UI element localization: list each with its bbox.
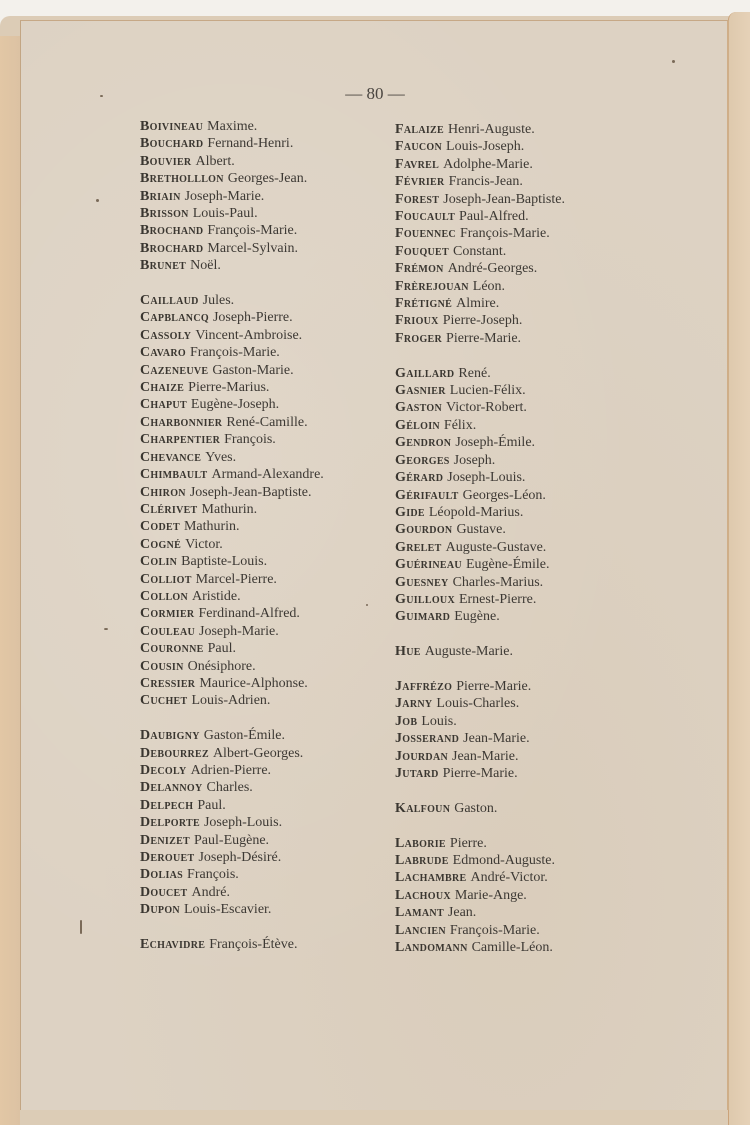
name-entry: FoucaultPaul-Alfred. [395, 208, 565, 225]
given-names: Pierre. [450, 836, 487, 851]
given-names: Louis-Escavier. [184, 902, 271, 917]
given-names: François. [187, 867, 239, 882]
given-names: Louis. [421, 714, 456, 729]
name-entry: JutardPierre-Marie. [395, 765, 565, 782]
name-entry: GasnierLucien-Félix. [395, 382, 565, 399]
name-entry: GuesneyCharles-Marius. [395, 574, 565, 591]
given-names: Ferdinand-Alfred. [198, 606, 299, 621]
name-entry: CollonAristide. [140, 588, 324, 605]
surname: Dupon [140, 902, 180, 917]
surname: Cressier [140, 676, 195, 691]
given-names: Paul. [197, 798, 225, 813]
given-names: Eugène. [454, 609, 499, 624]
surname: Jutard [395, 766, 439, 781]
surname: Charpentier [140, 432, 220, 447]
surname: Frémon [395, 261, 444, 276]
given-names: Eugène-Émile. [466, 557, 550, 572]
surname: Decoly [140, 763, 187, 778]
name-entry: FauconLouis-Joseph. [395, 138, 565, 155]
name-entry: GreletAuguste-Gustave. [395, 539, 565, 556]
surname: Echavidre [140, 937, 205, 952]
name-entry: JaffrézoPierre-Marie. [395, 678, 565, 695]
name-entry: CapblancqJoseph-Pierre. [140, 309, 324, 326]
given-names: Lucien-Félix. [450, 383, 526, 398]
given-names: Pierre-Marie. [456, 679, 531, 694]
given-names: René-Camille. [226, 415, 307, 430]
given-names: Joseph-Louis. [204, 815, 282, 830]
name-entry: GuillouxErnest-Pierre. [395, 591, 565, 608]
surname: Lancien [395, 923, 446, 938]
surname: Faucon [395, 139, 442, 154]
name-entry: GérardJoseph-Louis. [395, 469, 565, 486]
name-entry: JarnyLouis-Charles. [395, 695, 565, 712]
surname: Bretholllon [140, 171, 224, 186]
surname: Jourdan [395, 749, 448, 764]
name-entry: GendronJoseph-Émile. [395, 434, 565, 451]
surname: Collon [140, 589, 188, 604]
given-names: Adolphe-Marie. [443, 157, 533, 172]
given-names: Auguste-Marie. [425, 644, 513, 659]
paper-speck [104, 628, 108, 630]
given-names: Gaston. [454, 801, 497, 816]
name-entry: FrémonAndré-Georges. [395, 260, 565, 277]
name-entry: DerouetJoseph-Désiré. [140, 849, 324, 866]
surname: Codet [140, 519, 180, 534]
left-page-edge [0, 36, 20, 1125]
surname: Labrude [395, 853, 449, 868]
name-entry: DelporteJoseph-Louis. [140, 814, 324, 831]
name-entry: JourdanJean-Marie. [395, 748, 565, 765]
given-names: Marcel-Sylvain. [207, 241, 298, 256]
paper-speck [100, 95, 103, 97]
name-entry: CharbonnierRené-Camille. [140, 414, 324, 431]
name-group-l: LaboriePierre.LabrudeEdmond-Auguste.Lach… [395, 835, 565, 957]
name-entry: DoucetAndré. [140, 884, 324, 901]
name-entry: BrochandFrançois-Marie. [140, 222, 324, 239]
name-entry: FrétignéAlmire. [395, 295, 565, 312]
given-names: Louis-Charles. [436, 696, 519, 711]
surname: Guérineau [395, 557, 462, 572]
surname: Denizet [140, 833, 190, 848]
surname: Couleau [140, 624, 195, 639]
surname: Cogné [140, 537, 181, 552]
name-entry: GuimardEugène. [395, 608, 565, 625]
name-entry: CouronnePaul. [140, 640, 324, 657]
given-names: François-Marie. [460, 226, 550, 241]
name-entry: GérifaultGeorges-Léon. [395, 487, 565, 504]
name-entry: CazeneuveGaston-Marie. [140, 362, 324, 379]
surname: Grelet [395, 540, 442, 555]
given-names: Camille-Léon. [472, 940, 553, 955]
given-names: Jean-Marie. [452, 749, 518, 764]
left-column: BoivineauMaxime.BouchardFernand-Henri.Bo… [140, 118, 324, 953]
surname: Lachambre [395, 870, 466, 885]
name-entry: JobLouis. [395, 713, 565, 730]
given-names: Jules. [203, 293, 235, 308]
surname: Briain [140, 189, 181, 204]
surname: Bouchard [140, 136, 203, 151]
name-entry: GourdonGustave. [395, 521, 565, 538]
name-group-e: EchavidreFrançois-Étève. [140, 936, 324, 953]
surname: Gérard [395, 470, 443, 485]
surname: Lachoux [395, 888, 451, 903]
name-entry: FrèrejouanLéon. [395, 278, 565, 295]
surname: Derouet [140, 850, 194, 865]
surname: Doucet [140, 885, 187, 900]
surname: Hue [395, 644, 421, 659]
surname: Frétigné [395, 296, 452, 311]
name-group-h: HueAuguste-Marie. [395, 643, 565, 660]
name-entry: FrogerPierre-Marie. [395, 330, 565, 347]
surname: Chiron [140, 485, 186, 500]
surname: Brisson [140, 206, 189, 221]
name-entry: ClérivetMathurin. [140, 501, 324, 518]
name-entry: GéloinFélix. [395, 417, 565, 434]
given-names: Paul-Eugène. [194, 833, 269, 848]
given-names: Léopold-Marius. [429, 505, 523, 520]
given-names: Jean-Marie. [463, 731, 529, 746]
paper-speck [366, 604, 368, 606]
name-entry: LancienFrançois-Marie. [395, 922, 565, 939]
surname: Delporte [140, 815, 200, 830]
given-names: Onésiphore. [188, 659, 256, 674]
name-entry: GeorgesJoseph. [395, 452, 565, 469]
name-entry: DelpechPaul. [140, 797, 324, 814]
paper-speck [80, 920, 82, 934]
given-names: Louis-Paul. [193, 206, 258, 221]
scanned-page: — 80 — BoivineauMaxime.BouchardFernand-H… [0, 0, 750, 1125]
surname: Chaize [140, 380, 184, 395]
name-entry: CousinOnésiphore. [140, 658, 324, 675]
name-entry: BrochardMarcel-Sylvain. [140, 240, 324, 257]
given-names: Yves. [205, 450, 236, 465]
surname: Cavaro [140, 345, 186, 360]
given-names: René. [458, 366, 490, 381]
name-entry: DenizetPaul-Eugène. [140, 832, 324, 849]
name-entry: GuérineauEugène-Émile. [395, 556, 565, 573]
name-entry: BouvierAlbert. [140, 153, 324, 170]
given-names: François-Marie. [450, 923, 540, 938]
name-entry: CaillaudJules. [140, 292, 324, 309]
name-entry: CressierMaurice-Alphonse. [140, 675, 324, 692]
name-entry: CharpentierFrançois. [140, 431, 324, 448]
name-entry: DebourrezAlbert-Georges. [140, 745, 324, 762]
name-entry: ChimbaultArmand-Alexandre. [140, 466, 324, 483]
given-names: François-Marie. [207, 223, 297, 238]
surname: Jarny [395, 696, 432, 711]
name-entry: ChevanceYves. [140, 449, 324, 466]
given-names: Joseph-Marie. [199, 624, 279, 639]
given-names: Edmond-Auguste. [453, 853, 555, 868]
given-names: Joseph-Pierre. [213, 310, 293, 325]
name-entry: DecolyAdrien-Pierre. [140, 762, 324, 779]
surname: Gaillard [395, 366, 454, 381]
given-names: Noël. [190, 258, 221, 273]
name-entry: BrunetNoël. [140, 257, 324, 274]
given-names: Joseph-Marie. [185, 189, 265, 204]
given-names: Gustave. [456, 522, 505, 537]
surname: Jaffrézo [395, 679, 452, 694]
name-entry: ChironJoseph-Jean-Baptiste. [140, 484, 324, 501]
surname: Gendron [395, 435, 451, 450]
given-names: Joseph-Désiré. [198, 850, 281, 865]
name-entry: BriainJoseph-Marie. [140, 188, 324, 205]
surname: Kalfoun [395, 801, 450, 816]
surname: Charbonnier [140, 415, 222, 430]
given-names: Louis-Adrien. [191, 693, 270, 708]
surname: Clérivet [140, 502, 198, 517]
name-group-g: GaillardRené.GasnierLucien-Félix.GastonV… [395, 365, 565, 626]
given-names: Mathurin. [202, 502, 258, 517]
given-names: Georges-Jean. [228, 171, 307, 186]
surname: Colin [140, 554, 177, 569]
given-names: François-Étève. [209, 937, 297, 952]
given-names: Joseph-Émile. [455, 435, 535, 450]
surname: Dolias [140, 867, 183, 882]
surname: Guilloux [395, 592, 455, 607]
given-names: Eugène-Joseph. [191, 397, 279, 412]
name-entry: FouennecFrançois-Marie. [395, 225, 565, 242]
surname: Froger [395, 331, 442, 346]
given-names: Pierre-Marie. [446, 331, 521, 346]
given-names: Pierre-Joseph. [443, 313, 523, 328]
surname: Josserand [395, 731, 459, 746]
name-entry: BouchardFernand-Henri. [140, 135, 324, 152]
paper-speck [96, 199, 99, 202]
surname: Chevance [140, 450, 201, 465]
surname: Guesney [395, 575, 449, 590]
surname: Gérifault [395, 488, 459, 503]
name-group-b: BoivineauMaxime.BouchardFernand-Henri.Bo… [140, 118, 324, 275]
surname: Foucault [395, 209, 455, 224]
name-entry: GaillardRené. [395, 365, 565, 382]
name-entry: CavaroFrançois-Marie. [140, 344, 324, 361]
surname: Brunet [140, 258, 186, 273]
given-names: Almire. [456, 296, 499, 311]
right-page-edge [728, 12, 750, 1125]
surname: Delannoy [140, 780, 203, 795]
given-names: Baptiste-Louis. [181, 554, 267, 569]
given-names: Charles. [207, 780, 253, 795]
name-entry: FévrierFrancis-Jean. [395, 173, 565, 190]
surname: Frioux [395, 313, 439, 328]
surname: Capblancq [140, 310, 209, 325]
surname: Cuchet [140, 693, 187, 708]
surname: Brochand [140, 223, 203, 238]
given-names: Joseph. [454, 453, 496, 468]
name-entry: ChaputEugène-Joseph. [140, 396, 324, 413]
name-entry: FalaizeHenri-Auguste. [395, 121, 565, 138]
name-entry: CognéVictor. [140, 536, 324, 553]
given-names: François. [224, 432, 276, 447]
name-entry: HueAuguste-Marie. [395, 643, 565, 660]
given-names: Fernand-Henri. [207, 136, 293, 151]
surname: Caillaud [140, 293, 199, 308]
name-entry: LamantJean. [395, 904, 565, 921]
given-names: Joseph-Louis. [447, 470, 525, 485]
surname: Géloin [395, 418, 440, 433]
surname: Boivineau [140, 119, 203, 134]
surname: Georges [395, 453, 450, 468]
given-names: Pierre-Marie. [443, 766, 518, 781]
given-names: Albert. [195, 154, 234, 169]
given-names: Maxime. [207, 119, 257, 134]
given-names: Jean. [448, 905, 476, 920]
given-names: André-Georges. [448, 261, 538, 276]
name-entry: KalfounGaston. [395, 800, 565, 817]
given-names: Adrien-Pierre. [191, 763, 271, 778]
surname: Février [395, 174, 445, 189]
name-entry: DaubignyGaston-Émile. [140, 727, 324, 744]
given-names: Vincent-Ambroise. [195, 328, 302, 343]
name-entry: CormierFerdinand-Alfred. [140, 605, 324, 622]
given-names: François-Marie. [190, 345, 280, 360]
given-names: Charles-Marius. [453, 575, 544, 590]
name-entry: CouleauJoseph-Marie. [140, 623, 324, 640]
given-names: André. [191, 885, 230, 900]
surname: Gaston [395, 400, 442, 415]
name-entry: CassolyVincent-Ambroise. [140, 327, 324, 344]
given-names: Victor. [185, 537, 223, 552]
given-names: Louis-Joseph. [446, 139, 524, 154]
name-entry: DuponLouis-Escavier. [140, 901, 324, 918]
name-entry: CodetMathurin. [140, 518, 324, 535]
given-names: Gaston-Marie. [212, 363, 293, 378]
surname: Cormier [140, 606, 194, 621]
name-group-c: CaillaudJules.CapblancqJoseph-Pierre.Cas… [140, 292, 324, 710]
name-group-j: JaffrézoPierre-Marie.JarnyLouis-Charles.… [395, 678, 565, 782]
surname: Debourrez [140, 746, 209, 761]
surname: Cousin [140, 659, 184, 674]
surname: Colliot [140, 572, 192, 587]
given-names: Pierre-Marius. [188, 380, 269, 395]
surname: Laborie [395, 836, 446, 851]
given-names: Constant. [453, 244, 506, 259]
surname: Chaput [140, 397, 187, 412]
given-names: Georges-Léon. [463, 488, 546, 503]
surname: Cazeneuve [140, 363, 208, 378]
surname: Falaize [395, 122, 444, 137]
name-entry: CuchetLouis-Adrien. [140, 692, 324, 709]
paper-speck [672, 60, 675, 63]
given-names: Albert-Georges. [213, 746, 303, 761]
surname: Job [395, 714, 417, 729]
given-names: Ernest-Pierre. [459, 592, 536, 607]
given-names: Victor-Robert. [446, 400, 527, 415]
given-names: Auguste-Gustave. [446, 540, 547, 555]
given-names: Marcel-Pierre. [196, 572, 277, 587]
name-entry: FouquetConstant. [395, 243, 565, 260]
surname: Landomann [395, 940, 468, 955]
name-entry: JosserandJean-Marie. [395, 730, 565, 747]
surname: Brochard [140, 241, 203, 256]
name-entry: LachouxMarie-Ange. [395, 887, 565, 904]
given-names: Armand-Alexandre. [211, 467, 323, 482]
name-entry: ForestJoseph-Jean-Baptiste. [395, 191, 565, 208]
name-entry: BoivineauMaxime. [140, 118, 324, 135]
surname: Lamant [395, 905, 444, 920]
given-names: Gaston-Émile. [204, 728, 285, 743]
name-entry: GastonVictor-Robert. [395, 399, 565, 416]
given-names: Henri-Auguste. [448, 122, 535, 137]
name-group-k: KalfounGaston. [395, 800, 565, 817]
surname: Chimbault [140, 467, 207, 482]
surname: Favrel [395, 157, 439, 172]
name-entry: LabrudeEdmond-Auguste. [395, 852, 565, 869]
surname: Fouquet [395, 244, 449, 259]
name-entry: FriouxPierre-Joseph. [395, 312, 565, 329]
name-entry: ChaizePierre-Marius. [140, 379, 324, 396]
surname: Fouennec [395, 226, 456, 241]
surname: Couronne [140, 641, 204, 656]
given-names: Marie-Ange. [455, 888, 527, 903]
surname: Gourdon [395, 522, 452, 537]
given-names: Léon. [473, 279, 505, 294]
surname: Forest [395, 192, 439, 207]
name-group-d: DaubignyGaston-Émile.DebourrezAlbert-Geo… [140, 727, 324, 918]
given-names: André-Victor. [470, 870, 547, 885]
name-entry: BrissonLouis-Paul. [140, 205, 324, 222]
given-names: Aristide. [192, 589, 241, 604]
surname: Gide [395, 505, 425, 520]
given-names: Mathurin. [184, 519, 240, 534]
given-names: Francis-Jean. [449, 174, 523, 189]
given-names: Maurice-Alphonse. [199, 676, 307, 691]
given-names: Joseph-Jean-Baptiste. [190, 485, 312, 500]
given-names: Joseph-Jean-Baptiste. [443, 192, 565, 207]
surname: Delpech [140, 798, 193, 813]
surname: Bouvier [140, 154, 191, 169]
surname: Daubigny [140, 728, 200, 743]
name-entry: FavrelAdolphe-Marie. [395, 156, 565, 173]
name-entry: BretholllonGeorges-Jean. [140, 170, 324, 187]
name-entry: DoliasFrançois. [140, 866, 324, 883]
name-entry: ColinBaptiste-Louis. [140, 553, 324, 570]
right-column: FalaizeHenri-Auguste.FauconLouis-Joseph.… [395, 121, 565, 956]
name-entry: GideLéopold-Marius. [395, 504, 565, 521]
given-names: Paul-Alfred. [459, 209, 529, 224]
name-entry: LaboriePierre. [395, 835, 565, 852]
surname: Guimard [395, 609, 450, 624]
name-entry: ColliotMarcel-Pierre. [140, 571, 324, 588]
given-names: Félix. [444, 418, 476, 433]
surname: Cassoly [140, 328, 191, 343]
name-group-f: FalaizeHenri-Auguste.FauconLouis-Joseph.… [395, 121, 565, 347]
name-entry: EchavidreFrançois-Étève. [140, 936, 324, 953]
name-entry: LachambreAndré-Victor. [395, 869, 565, 886]
page-body [20, 20, 729, 1110]
surname: Gasnier [395, 383, 446, 398]
name-entry: DelannoyCharles. [140, 779, 324, 796]
name-entry: LandomannCamille-Léon. [395, 939, 565, 956]
page-number: — 80 — [0, 84, 750, 104]
given-names: Paul. [208, 641, 236, 656]
surname: Frèrejouan [395, 279, 469, 294]
